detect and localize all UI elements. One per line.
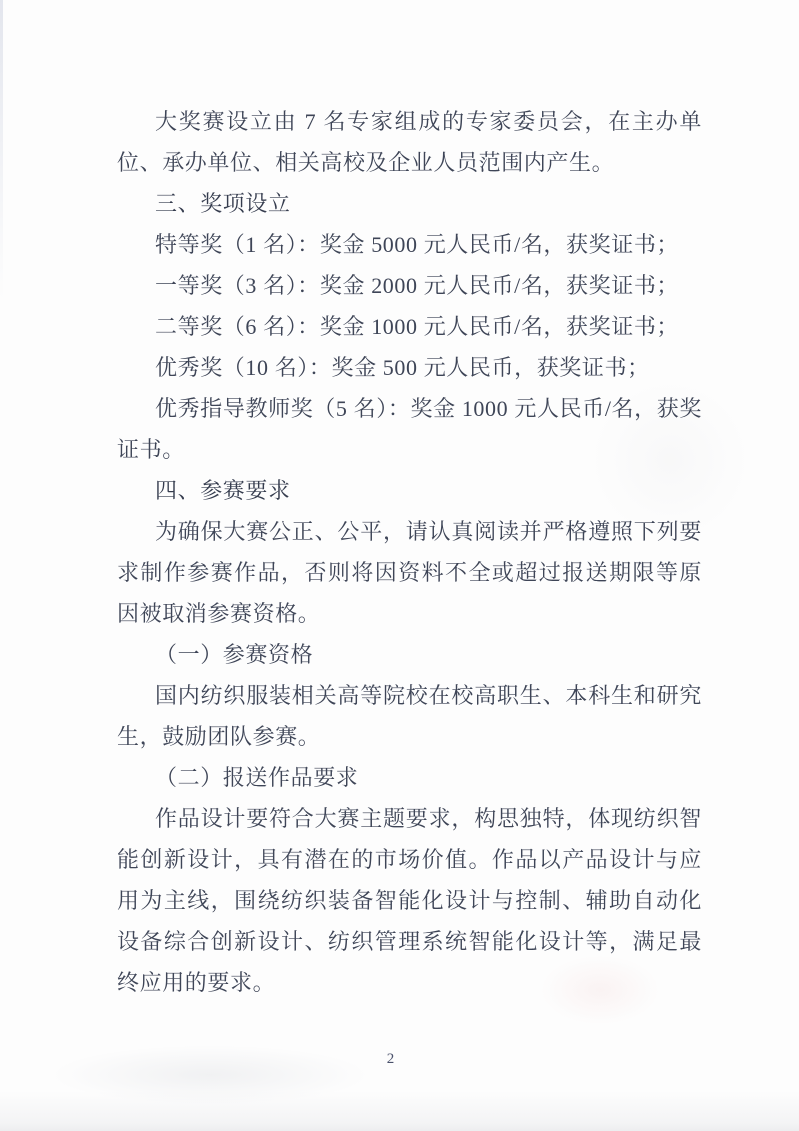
paragraph-fairness-notice: 为确保大赛公正、公平，请认真阅读并严格遵照下列要求制作参赛作品，否则将因资料不全… bbox=[117, 511, 702, 634]
award-line-second-prize: 二等奖（6 名）：奖金 1000 元人民币/名，获奖证书； bbox=[117, 306, 702, 347]
paragraph-submission-requirements: 作品设计要符合大赛主题要求，构思独特，体现纺织智能创新设计，具有潜在的市场价值。… bbox=[117, 798, 702, 1003]
document-content: 大奖赛设立由 7 名专家组成的专家委员会，在主办单位、承办单位、相关高校及企业人… bbox=[117, 101, 702, 1003]
award-line-excellence-prize: 优秀奖（10 名）：奖金 500 元人民币，获奖证书； bbox=[117, 347, 702, 388]
page-number: 2 bbox=[0, 1048, 790, 1070]
award-line-special-prize: 特等奖（1 名）：奖金 5000 元人民币/名，获奖证书； bbox=[117, 224, 702, 265]
award-line-advisor-prize: 优秀指导教师奖（5 名）：奖金 1000 元人民币/名，获奖证书。 bbox=[117, 388, 702, 470]
subheading-eligibility: （一）参赛资格 bbox=[117, 634, 702, 675]
heading-entry-requirements: 四、参赛要求 bbox=[117, 470, 702, 511]
scanned-document-page: 大奖赛设立由 7 名专家组成的专家委员会，在主办单位、承办单位、相关高校及企业人… bbox=[0, 0, 799, 1131]
paragraph-expert-committee: 大奖赛设立由 7 名专家组成的专家委员会，在主办单位、承办单位、相关高校及企业人… bbox=[117, 101, 702, 183]
paragraph-eligibility: 国内纺织服装相关高等院校在校高职生、本科生和研究生，鼓励团队参赛。 bbox=[117, 675, 702, 757]
subheading-submission-requirements: （二）报送作品要求 bbox=[117, 757, 702, 798]
heading-award-setup: 三、奖项设立 bbox=[117, 183, 702, 224]
award-line-first-prize: 一等奖（3 名）：奖金 2000 元人民币/名，获奖证书； bbox=[117, 265, 702, 306]
